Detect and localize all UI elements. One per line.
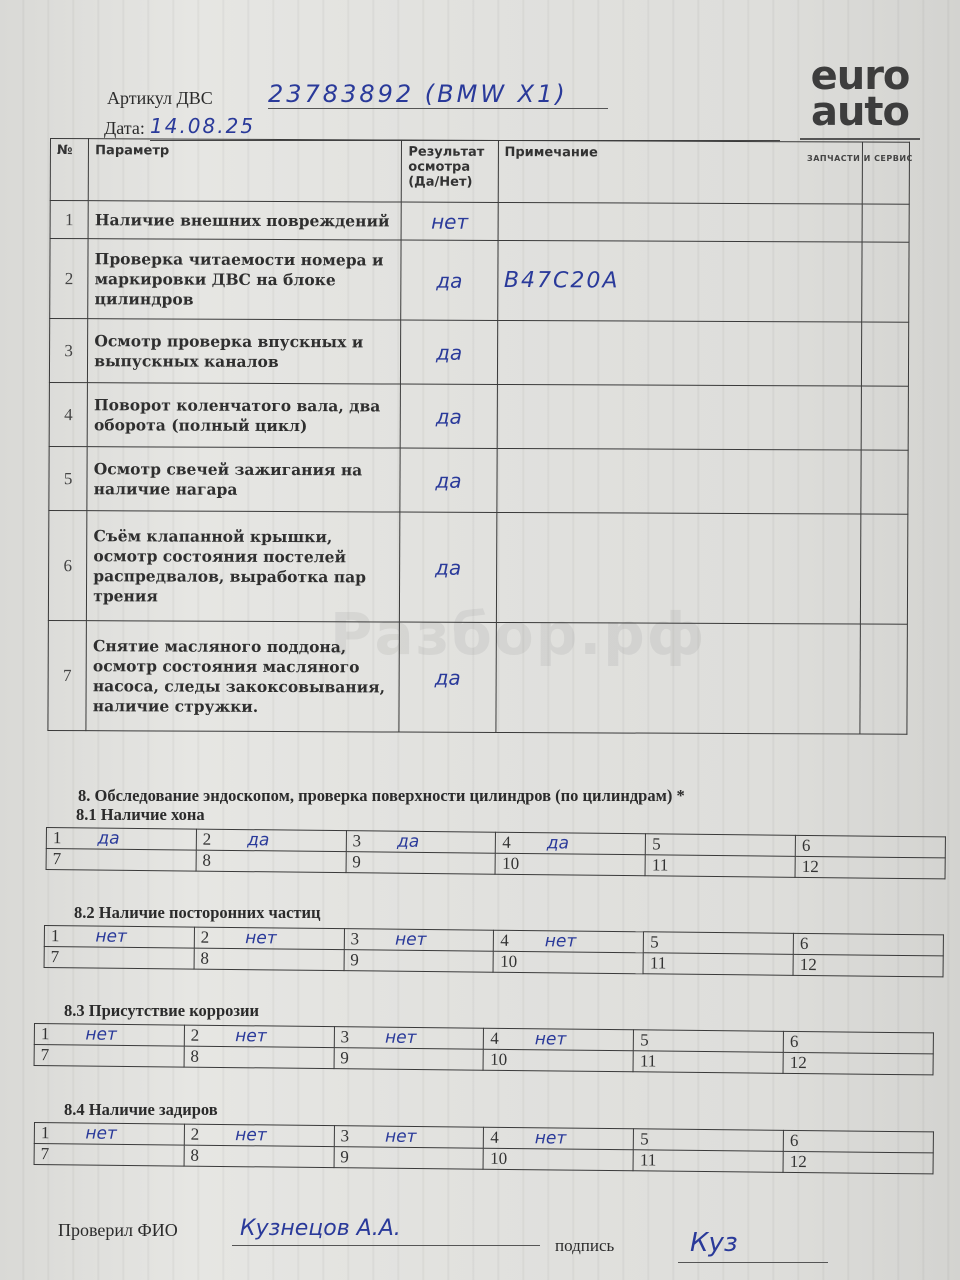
cylinder-cell: 2нет [184, 1025, 334, 1048]
row-note: B47C20A [497, 240, 862, 322]
cylinder-number: 3 [340, 1027, 349, 1046]
cylinder-cell: 9 [334, 1048, 484, 1071]
cylinder-number: 7 [41, 1144, 50, 1163]
table-row: 6Съём клапанной крышки, осмотр состояния… [48, 510, 907, 624]
row-note [495, 622, 860, 734]
cylinder-result: нет [85, 1025, 117, 1045]
cylinder-number: 9 [350, 950, 359, 969]
cylinder-number: 9 [340, 1147, 349, 1166]
row-parameter: Наличие внешних повреждений [88, 201, 401, 240]
cylinder-result: нет [95, 927, 127, 947]
cylinder-number: 6 [790, 1131, 799, 1150]
subsection-title: 8.4 Наличие задиров [64, 1100, 218, 1120]
cylinder-result: нет [85, 1124, 117, 1144]
row-extra-cell [861, 514, 908, 624]
cylinder-number: 5 [640, 1129, 649, 1148]
cylinder-table: 1нет2нет3нет4нет56789101112 [34, 1122, 934, 1174]
table-row: 2Проверка читаемости номера и маркировки… [50, 239, 909, 323]
cylinder-number: 10 [502, 854, 519, 873]
cylinder-cell: 10 [484, 1148, 634, 1171]
table-header-row: № Параметр Результат осмотра (Да/Нет) Пр… [50, 139, 909, 205]
cylinder-number: 6 [790, 1032, 799, 1051]
row-extra-cell [862, 322, 909, 386]
cylinder-number: 4 [500, 931, 509, 950]
table-row: 5Осмотр свечей зажигания на наличие нага… [49, 446, 908, 514]
cylinder-result: нет [385, 1028, 417, 1048]
cylinder-cell: 11 [645, 855, 795, 878]
cylinder-cell: 5 [644, 932, 794, 955]
subsection-title: 8.1 Наличие хона [76, 805, 205, 825]
cylinder-cell: 10 [496, 853, 646, 876]
col-num-header: № [50, 139, 89, 201]
article-label: Артикул ДВС [107, 88, 213, 109]
cylinder-cell: 4нет [494, 930, 644, 953]
cylinder-result: нет [235, 1125, 267, 1145]
cylinder-number: 10 [490, 1149, 507, 1168]
cylinder-cell: 7 [34, 1144, 184, 1167]
cylinder-number: 8 [202, 851, 211, 870]
cylinder-result: нет [535, 1128, 567, 1148]
cylinder-cell: 4нет [484, 1028, 634, 1051]
cylinder-result: да [97, 829, 119, 849]
row-number: 1 [50, 201, 88, 239]
signature-label: подпись [555, 1236, 614, 1256]
cylinder-number: 1 [41, 1024, 50, 1043]
cylinder-cell: 12 [793, 954, 943, 977]
cylinder-cell: 5 [646, 834, 796, 857]
cylinder-number: 2 [201, 928, 210, 947]
row-extra-cell [862, 386, 909, 450]
cylinder-number: 6 [802, 836, 811, 855]
cylinder-cell: 1да [46, 828, 196, 851]
row-result: нет [401, 202, 497, 240]
cylinder-number: 3 [352, 831, 361, 850]
cylinder-cell: 6 [783, 1130, 933, 1153]
col-extra-header [863, 142, 910, 204]
cylinder-number: 11 [640, 1051, 657, 1070]
cylinder-number: 7 [41, 1045, 50, 1064]
row-extra-cell [860, 624, 907, 734]
cylinder-number: 7 [53, 849, 62, 868]
cylinder-number: 4 [490, 1029, 499, 1048]
row-extra-cell [863, 204, 910, 242]
cylinder-number: 8 [190, 1047, 199, 1066]
cylinder-cell: 12 [795, 856, 945, 879]
subsection-title: 8.3 Присутствие коррозии [64, 1001, 259, 1021]
cylinder-cell: 6 [783, 1031, 933, 1054]
cylinder-number: 11 [650, 953, 667, 972]
row-parameter: Снятие масляного поддона, осмотр состоян… [86, 621, 400, 732]
cylinder-number: 4 [490, 1128, 499, 1147]
logo-rule [800, 138, 920, 140]
subsection-title: 8.2 Наличие посторонних частиц [74, 903, 321, 923]
section8-title: 8. Обследование эндоскопом, проверка пов… [78, 786, 685, 806]
signature: Куз [690, 1228, 738, 1258]
cylinder-cell: 2нет [184, 1124, 334, 1147]
signature-line [678, 1262, 828, 1263]
checked-by-line [232, 1245, 540, 1246]
cylinder-number: 5 [652, 834, 661, 853]
cylinder-cell: 8 [196, 850, 346, 873]
cylinder-number: 12 [790, 1152, 807, 1171]
row-number: 7 [48, 620, 87, 730]
logo-line2: auto [800, 94, 920, 130]
cylinder-number: 2 [203, 830, 212, 849]
cylinder-number: 7 [51, 947, 60, 966]
row-number: 4 [49, 382, 88, 446]
cylinder-cell: 7 [44, 947, 194, 970]
cylinder-number: 4 [502, 833, 511, 852]
inspection-table: № Параметр Результат осмотра (Да/Нет) Пр… [47, 138, 910, 735]
cylinder-cell: 7 [46, 849, 196, 872]
cylinder-cell: 1нет [44, 926, 194, 949]
row-result: да [401, 320, 497, 384]
cylinder-cell: 12 [783, 1151, 933, 1174]
cylinder-number: 3 [350, 929, 359, 948]
cylinder-cell: 6 [793, 933, 943, 956]
col-note-header: Примечание [498, 140, 863, 204]
row-note [498, 202, 863, 242]
row-number: 2 [50, 239, 89, 319]
cylinder-number: 10 [500, 952, 517, 971]
table-row: 7Снятие масляного поддона, осмотр состоя… [48, 620, 907, 734]
cylinder-number: 12 [790, 1053, 807, 1072]
row-parameter: Проверка читаемости номера и маркировки … [88, 239, 402, 320]
cylinder-number: 12 [800, 955, 817, 974]
cylinder-cell: 3нет [344, 929, 494, 952]
cylinder-cell: 9 [344, 950, 494, 973]
cylinder-cell: 1нет [34, 1123, 184, 1146]
cylinder-cell: 2да [196, 829, 346, 852]
row-number: 6 [48, 510, 87, 620]
row-number: 5 [49, 446, 88, 510]
cylinder-result: да [397, 832, 419, 852]
row-note [496, 512, 861, 624]
cylinder-cell: 3нет [334, 1027, 484, 1050]
cylinder-result: нет [395, 930, 427, 950]
cylinder-cell: 5 [634, 1129, 784, 1152]
cylinder-result: нет [385, 1127, 417, 1147]
row-result: да [400, 448, 496, 512]
cylinder-result: да [247, 830, 269, 850]
table-row: 3Осмотр проверка впускных и выпускных ка… [49, 319, 908, 387]
cylinder-cell: 11 [633, 1150, 783, 1173]
cylinder-number: 11 [652, 855, 669, 874]
cylinder-cell: 3да [346, 831, 496, 854]
row-note [496, 448, 861, 514]
row-parameter: Съём клапанной крышки, осмотр состояния … [87, 511, 401, 622]
cylinder-cell: 12 [783, 1052, 933, 1075]
cylinder-cell: 11 [633, 1051, 783, 1074]
cylinder-cell: 8 [184, 1046, 334, 1069]
cylinder-cell: 8 [184, 1145, 334, 1168]
cylinder-cell: 9 [334, 1147, 484, 1170]
cylinder-number: 2 [191, 1026, 200, 1045]
cylinder-result: нет [545, 931, 577, 951]
cylinder-result: нет [535, 1029, 567, 1049]
cylinder-number: 3 [340, 1126, 349, 1145]
cylinder-cell: 1нет [34, 1024, 184, 1047]
cylinder-number: 1 [53, 828, 62, 847]
col-result-header: Результат осмотра (Да/Нет) [402, 140, 498, 202]
row-extra-cell [861, 450, 908, 514]
cylinder-number: 6 [800, 934, 809, 953]
cylinder-number: 8 [200, 949, 209, 968]
cylinder-cell: 8 [194, 948, 344, 971]
cylinder-cell: 7 [34, 1045, 184, 1068]
cylinder-cell: 6 [795, 835, 945, 858]
cylinder-number: 11 [640, 1150, 657, 1169]
cylinder-number: 12 [802, 857, 819, 876]
cylinder-cell: 2нет [194, 927, 344, 950]
row-result: да [399, 622, 496, 732]
row-parameter: Осмотр свечей зажигания на наличие нагар… [87, 447, 400, 512]
row-extra-cell [862, 242, 909, 322]
checked-by-label: Проверил ФИО [58, 1220, 178, 1241]
row-result: да [401, 384, 497, 448]
cylinder-number: 5 [640, 1030, 649, 1049]
cylinder-number: 1 [51, 926, 60, 945]
article-value: 23783892 (BMW X1) [268, 80, 608, 109]
cylinder-number: 10 [490, 1050, 507, 1069]
cylinder-cell: 10 [494, 951, 644, 974]
checked-by-value: Кузнецов А.А. [240, 1216, 401, 1241]
cylinder-number: 5 [650, 932, 659, 951]
cylinder-cell: 4да [496, 832, 646, 855]
row-number: 3 [49, 319, 88, 383]
cylinder-result: нет [245, 928, 277, 948]
cylinder-number: 1 [41, 1123, 50, 1142]
cylinder-number: 8 [190, 1146, 199, 1165]
row-note [497, 384, 862, 450]
cylinder-table: 1нет2нет3нет4нет56789101112 [34, 1023, 934, 1075]
row-note [497, 320, 862, 386]
table-row: 1Наличие внешних поврежденийнет [50, 201, 909, 243]
row-result: да [401, 240, 497, 320]
cylinder-number: 9 [352, 852, 361, 871]
cylinder-number: 9 [340, 1048, 349, 1067]
cylinder-cell: 4нет [484, 1127, 634, 1150]
table-row: 4Поворот коленчатого вала, два оборота (… [49, 382, 908, 450]
cylinder-cell: 10 [484, 1049, 634, 1072]
row-parameter: Осмотр проверка впускных и выпускных кан… [88, 319, 401, 384]
cylinder-cell: 5 [634, 1030, 784, 1053]
date-label: Дата: [104, 118, 145, 139]
cylinder-result: да [547, 833, 569, 853]
cylinder-number: 2 [191, 1125, 200, 1144]
row-parameter: Поворот коленчатого вала, два оборота (п… [87, 383, 400, 448]
row-result: да [400, 512, 497, 622]
cylinder-cell: 9 [346, 852, 496, 875]
cylinder-cell: 11 [643, 953, 793, 976]
date-value: 14.08.25 [150, 114, 255, 138]
cylinder-table: 1да2да3да4да56789101112 [46, 827, 946, 879]
cylinder-cell: 3нет [334, 1126, 484, 1149]
cylinder-result: нет [235, 1026, 267, 1046]
cylinder-table: 1нет2нет3нет4нет56789101112 [44, 925, 944, 977]
col-param-header: Параметр [88, 139, 401, 202]
